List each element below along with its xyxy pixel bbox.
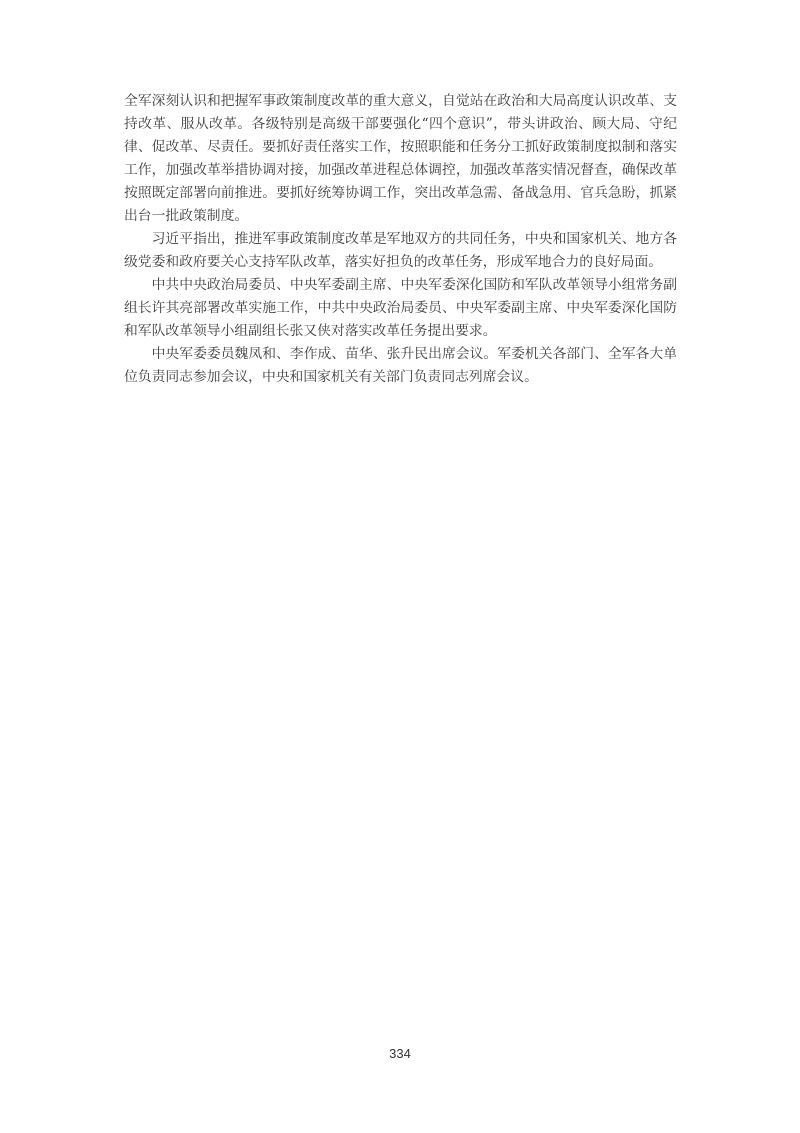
body-text-block: 全军深刻认识和把握军事政策制度改革的重大意义，自觉站在政治和大局高度认识改革、支… [124, 90, 677, 389]
paragraph: 中共中央政治局委员、中央军委副主席、中央军委深化国防和军队改革领导小组常务副组长… [124, 274, 677, 343]
paragraph: 中央军委委员魏凤和、李作成、苗华、张升民出席会议。军委机关各部门、全军各大单位负… [124, 343, 677, 389]
page-number: 334 [389, 1046, 411, 1061]
page-footer: 334 [0, 1043, 800, 1062]
document-page: 全军深刻认识和把握军事政策制度改革的重大意义，自觉站在政治和大局高度认识改革、支… [0, 0, 800, 1133]
paragraph: 习近平指出，推进军事政策制度改革是军地双方的共同任务，中央和国家机关、地方各级党… [124, 228, 677, 274]
paragraph-continuation: 全军深刻认识和把握军事政策制度改革的重大意义，自觉站在政治和大局高度认识改革、支… [124, 90, 677, 228]
